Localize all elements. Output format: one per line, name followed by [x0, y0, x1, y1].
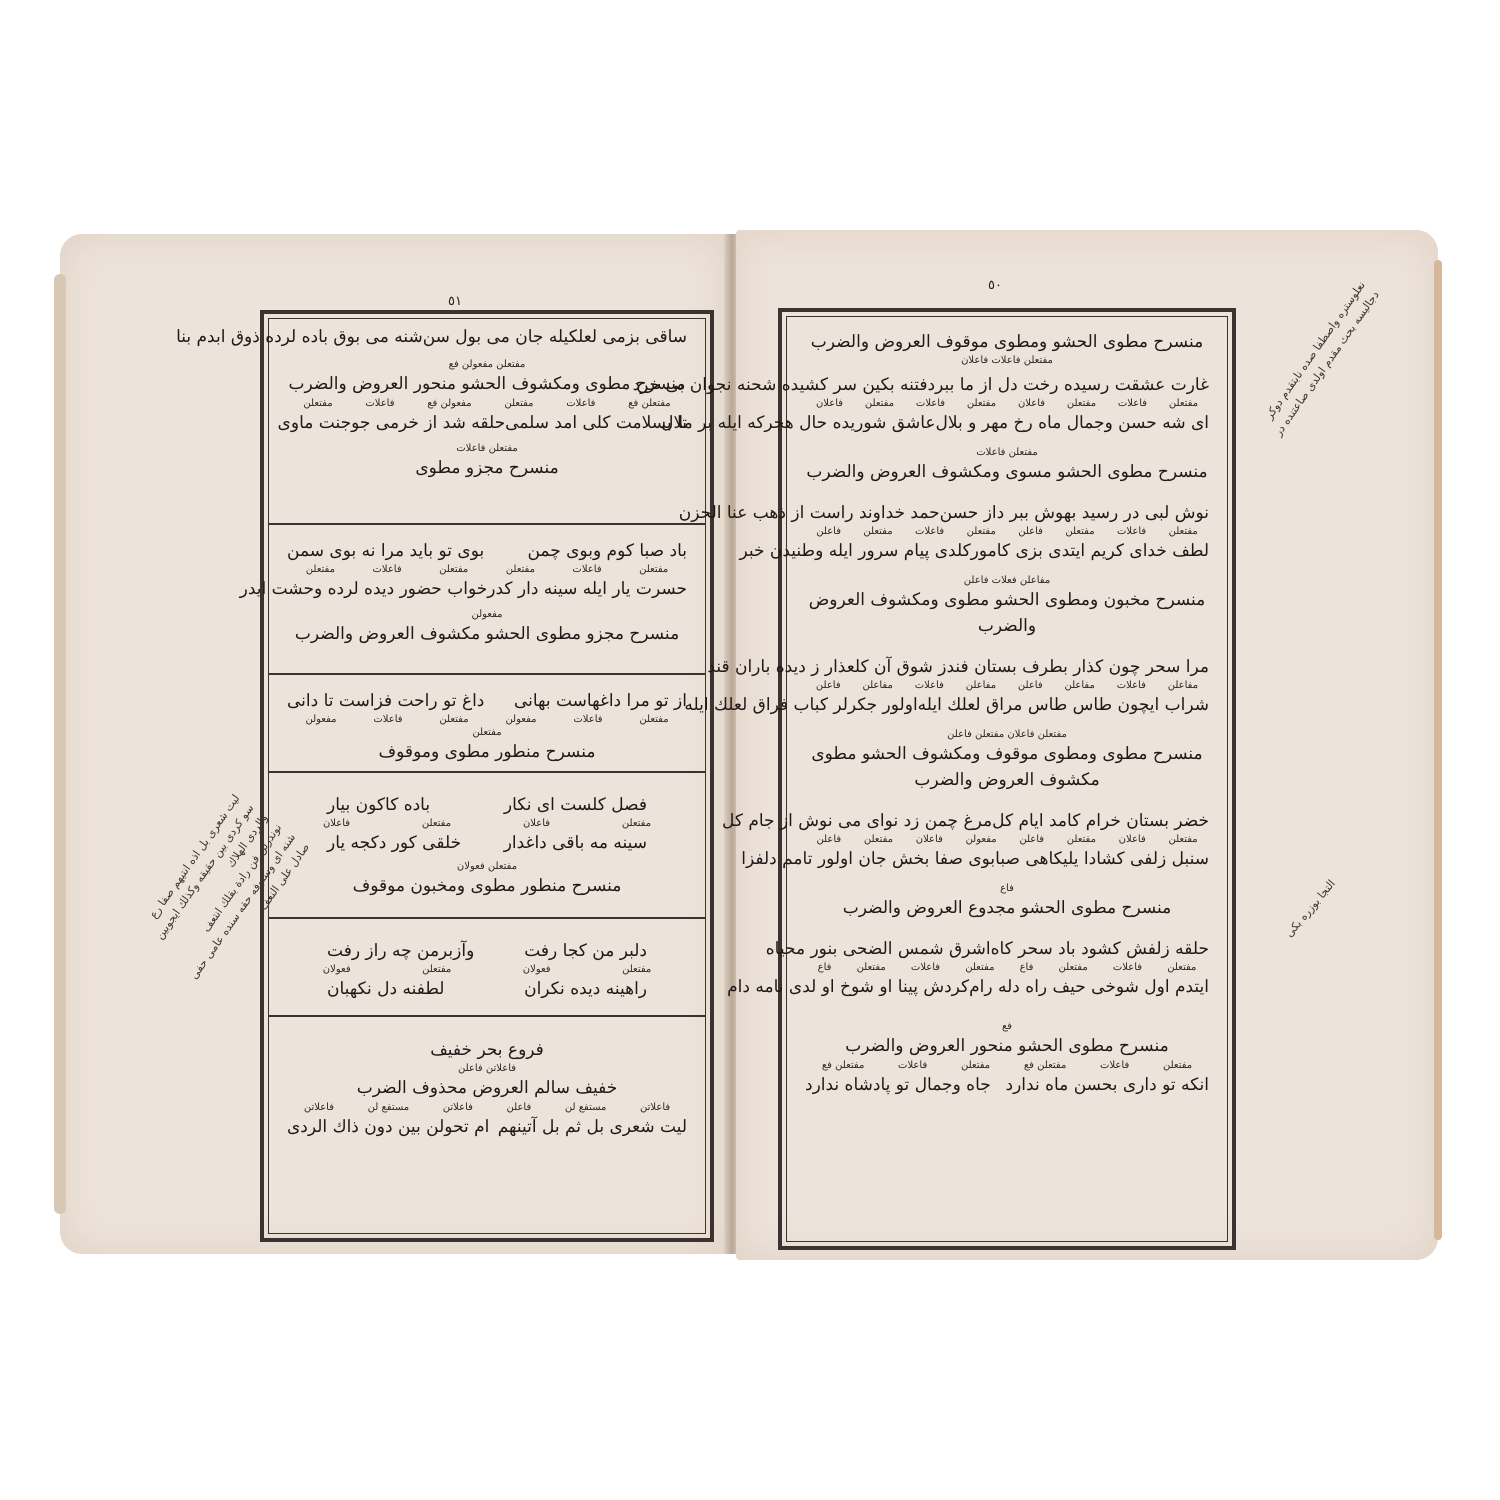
verse-hemistich: بوى صفا بخش جان اولور تامم دلفزا: [741, 847, 995, 871]
verse-hemistich: باد صبا كوم وبوى چمن: [527, 539, 687, 563]
page-number-right: ٥٠: [988, 278, 1002, 293]
meter-annotation: مفاعلن فعلات فاعلن: [805, 575, 1209, 587]
meter-heading: منسرح مجزو مطوى: [287, 455, 687, 481]
verse-hemistich: حلقه شد از خرمى جوجنت ماوى: [278, 411, 506, 435]
verse-hemistich: كلدى پيام سرور ايله وطنيدن خبر: [739, 539, 970, 563]
left-page: ٥١ ساقى بزمى لعلكيله جان مى بول سنشنه مى…: [60, 234, 726, 1254]
right-section-3: مفاعلن فعلات فاعلن منسرح مخبون ومطوى الح…: [787, 569, 1227, 723]
verse-hemistich: وآزبرمن چه راز رفت: [327, 939, 474, 963]
verse-hemistich: انكه تو دارى بحسن ماه ندارد: [1006, 1073, 1209, 1097]
right-section-4: مفتعلن فاعلان مفتعلن فاعلن منسرح مطوى وم…: [787, 723, 1227, 877]
verse-hemistich: باده كاكون بيار: [327, 793, 430, 817]
verse-hemistich: تا بسلامت كلى امد سلمى: [505, 411, 687, 435]
verse-hemistich: از تو مرا داغهاست بهانى: [514, 689, 687, 713]
verse-hemistich: سينه مه باقى داغدار: [504, 831, 647, 855]
section-title: فروع بحر خفيف: [287, 1037, 687, 1063]
verse-hemistich: مرا سحر چون كذار بطرف بستان فند: [946, 655, 1209, 679]
verse-hemistich: ساقى بزمى لعلكيله جان مى بول سن: [423, 325, 687, 349]
verse-hemistich: خضر بستان خرام كامد ايام كل: [992, 809, 1209, 833]
verse-hemistich: دلبر من كجا رفت: [524, 939, 647, 963]
meter-annotation: فع: [805, 1021, 1209, 1033]
verse-hemistich: جاه وجمال تو پادشاه ندارد: [805, 1073, 991, 1097]
right-section-1: منسرح مطوى الحشو ومطوى موقوف العروض والض…: [787, 323, 1227, 441]
meter-scansion: مفتعلنفاعلاتمفتعلن فعمفتعلنفاعلاتمفتعلن …: [805, 1059, 1209, 1073]
meter-annotation: مفتعلن فاعلات: [805, 447, 1209, 459]
meter-scansion: مفتعلنفاعلاتمفتعلنفاعلنمفتعلنفاعلاتمفتعل…: [805, 525, 1209, 539]
right-section-2: مفتعلن فاعلات منسرح مطوى الحشو مسوى ومكش…: [787, 441, 1227, 569]
left-table-frame: ساقى بزمى لعلكيله جان مى بول سنشنه مى بو…: [260, 310, 714, 1242]
verse-hemistich: خواب حضور ديده لرده وحشت ايدر: [240, 577, 488, 601]
meter-annotation: فاع: [805, 883, 1209, 895]
meter-scansion: مفتعلنفاعلاتمفتعلنفاعلانمفتعلنفاعلاتمفتع…: [805, 397, 1209, 411]
verse-hemistich: حمد خداوند راست از ذهب عنا الحزن: [679, 501, 940, 525]
meter-annotation: مفعولن: [287, 609, 687, 621]
meter-heading: خفيف سالم العروض محذوف الضرب: [287, 1075, 687, 1101]
meter-annotation: مفتعلن فاعلات فاعلان: [805, 355, 1209, 367]
verse-hemistich: شنه مى بوق باده لرده ذوق ابدم بنا: [176, 325, 423, 349]
meter-heading: منسرح مطوى الحشو مجدوع العروض والضرب: [805, 895, 1209, 921]
meter-annotation: مفتعلن فاعلات: [287, 443, 687, 455]
meter-scansion: مفتعلنفاعلاتمفتعلنفاعمفتعلنفاعلاتمفتعلنف…: [805, 961, 1209, 975]
meter-heading: منسرح مطوى الحشو منحور العروض والضرب: [805, 1033, 1209, 1059]
page-number-left: ٥١: [448, 294, 462, 309]
meter-annotation: مفتعلن مفعولن فع: [287, 359, 687, 371]
verse-hemistich: راهينه ديده نكران: [524, 977, 647, 1001]
verse-hemistich: اشرق شمس الضحى بنور محياه: [766, 937, 991, 961]
right-section-6: فع منسرح مطوى الحشو منحور العروض والضرب …: [787, 1005, 1227, 1103]
verse-hemistich: داغ تو راحت فزاست تا دانى: [287, 689, 484, 713]
handwritten-margin-note-right-top: نعلوستره واصطفا صده نابتقدم دوكر دجاليسه…: [1256, 278, 1383, 440]
verse-hemistich: فصل كلست اى نكار: [504, 793, 647, 817]
verse-hemistich: مرغ چمن زد نواى مى نوش از جام كل: [722, 809, 992, 833]
meter-scansion: مفتعلنفاعلانمفتعلنفاعلنمفعولنفاعلانمفتعل…: [805, 833, 1209, 847]
meter-heading: منسرح مطوى ومطوى موقوف ومكشوف الحشو مطوى…: [805, 741, 1209, 793]
left-section-1: ساقى بزمى لعلكيله جان مى بول سنشنه مى بو…: [269, 319, 705, 525]
meter-heading: منسرح مجزو مطوى الحشو مكشوف العروض والضر…: [287, 621, 687, 647]
left-section-4: فصل كلست اى نكارباده كاكون بيار مفتعلنفا…: [269, 773, 705, 919]
meter-annotation: مفتعلن: [287, 727, 687, 739]
verse-hemistich: ليت شعرى بل ثم بل آتينهم: [498, 1115, 687, 1139]
meter-scansion: مفتعلنفاعلاتمفعولنمفتعلنفاعلاتمفعولن: [287, 713, 687, 727]
handwritten-margin-note-right-middle: التجا بوزره بكى: [1281, 876, 1339, 941]
left-section-6: فروع بحر خفيف فاعلاتن فاعلن خفيف سالم ال…: [269, 1017, 705, 1233]
right-table-frame: منسرح مطوى الحشو ومطوى موقوف العروض والض…: [778, 308, 1236, 1250]
meter-heading: منسرح مطوى الحشو ومطوى موقوف العروض والض…: [805, 329, 1209, 355]
verse-hemistich: حسرت يار ايله سينه دار كدر: [487, 577, 687, 601]
verse-hemistich: شراب ايچون طاس طاس مراق لعلك ايله: [918, 693, 1209, 717]
left-section-5: دلبر من كجا رفتوآزبرمن چه راز رفت مفتعلن…: [269, 919, 705, 1017]
page-stack-edge-right: [1434, 260, 1442, 1240]
meter-scansion: مفتعلنفاعلاتمفتعلنمفتعلنفاعلاتمفتعلن: [287, 563, 687, 577]
verse-hemistich: اولور جكرلر كباب فراق لعلك ايله: [684, 693, 917, 717]
open-book: ٥١ ساقى بزمى لعلكيله جان مى بول سنشنه مى…: [60, 228, 1440, 1260]
verse-hemistich: كردش پينا او شوخ او لدى نامه دام: [727, 975, 969, 999]
right-page: ٥٠ منسرح مطوى الحشو ومطوى موقوف العروض و…: [736, 230, 1438, 1260]
meter-heading: منسرح منطور مطوى وموقوف: [287, 739, 687, 765]
meter-scansion: مفتعلنفاعلانمفتعلنفاعلان: [287, 817, 687, 831]
meter-heading: منسرح مطوى ومكشوف الحشو منحور العروض وال…: [287, 371, 687, 397]
meter-scansion: مفتعلن فعفاعلاتمفتعلنمفعولن فعفاعلاتمفتع…: [287, 397, 687, 411]
left-section-2: باد صبا كوم وبوى چمنبوى تو بايد مرا نه ب…: [269, 525, 705, 675]
right-section-5: فاع منسرح مطوى الحشو مجدوع العروض والضرب…: [787, 877, 1227, 1005]
verse-hemistich: ز شوق آن كلعذار ز ديده باران قند: [707, 655, 946, 679]
left-section-3: از تو مرا داغهاست بهانىداغ تو راحت فزاست…: [269, 675, 705, 773]
verse-hemistich: لطفنه دل نكهبان: [327, 977, 444, 1001]
verse-hemistich: غارت عشقت رسيده رخت دل از ما ببرد: [928, 373, 1210, 397]
verse-hemistich: حلقه زلفش كشود باد سحر كاه: [991, 937, 1209, 961]
verse-hemistich: بوى تو بايد مرا نه بوى سمن: [287, 539, 484, 563]
meter-heading: منسرح مطوى الحشو مسوى ومكشوف العروض والض…: [805, 459, 1209, 485]
meter-annotation: فاعلاتن فاعلن: [287, 1063, 687, 1075]
verse-hemistich: لطف خداى كريم ايتدى بزى كامور: [971, 539, 1209, 563]
page-stack-edge-left: [54, 274, 66, 1214]
meter-heading: منسرح مخبون ومطوى الحشو مطوى ومكشوف العر…: [805, 587, 1209, 639]
verse-hemistich: ام تحولن بين دون ذاك الردى: [287, 1115, 489, 1139]
meter-annotation: مفتعلن فاعلان مفتعلن فاعلن: [805, 729, 1209, 741]
verse-hemistich: سنبل زلفى كشادا يليكاهى صبا: [995, 847, 1209, 871]
meter-scansion: مفاعلنفاعلاتمفاعلنفاعلنمفاعلنفاعلاتمفاعل…: [805, 679, 1209, 693]
verse-hemistich: خلقى كور دكجه يار: [327, 831, 461, 855]
verse-hemistich: ايتدم اول شوخى حيف راه دله رام: [969, 975, 1209, 999]
meter-heading: منسرح منطور مطوى ومخبون موقوف: [287, 873, 687, 899]
verse-hemistich: اى شه حسن وجمال ماه رخ مهر و بلال: [936, 411, 1209, 435]
meter-scansion: مفتعلنفعولانمفتعلنفعولان: [287, 963, 687, 977]
verse-hemistich: نوش لبى در رسيد بهوش ببر داز حسن: [940, 501, 1209, 525]
meter-annotation: مفتعلن فعولان: [287, 861, 687, 873]
meter-scansion: فاعلاتنمستفع لنفاعلنفاعلاتنمستفع لنفاعلا…: [287, 1101, 687, 1115]
verse-hemistich: فتنه بكين سر كشيده شحنه نجوان بى خرد: [633, 373, 928, 397]
verse-hemistich: عاشق شوريده حال هجركه ايله بر ملال: [661, 411, 935, 435]
